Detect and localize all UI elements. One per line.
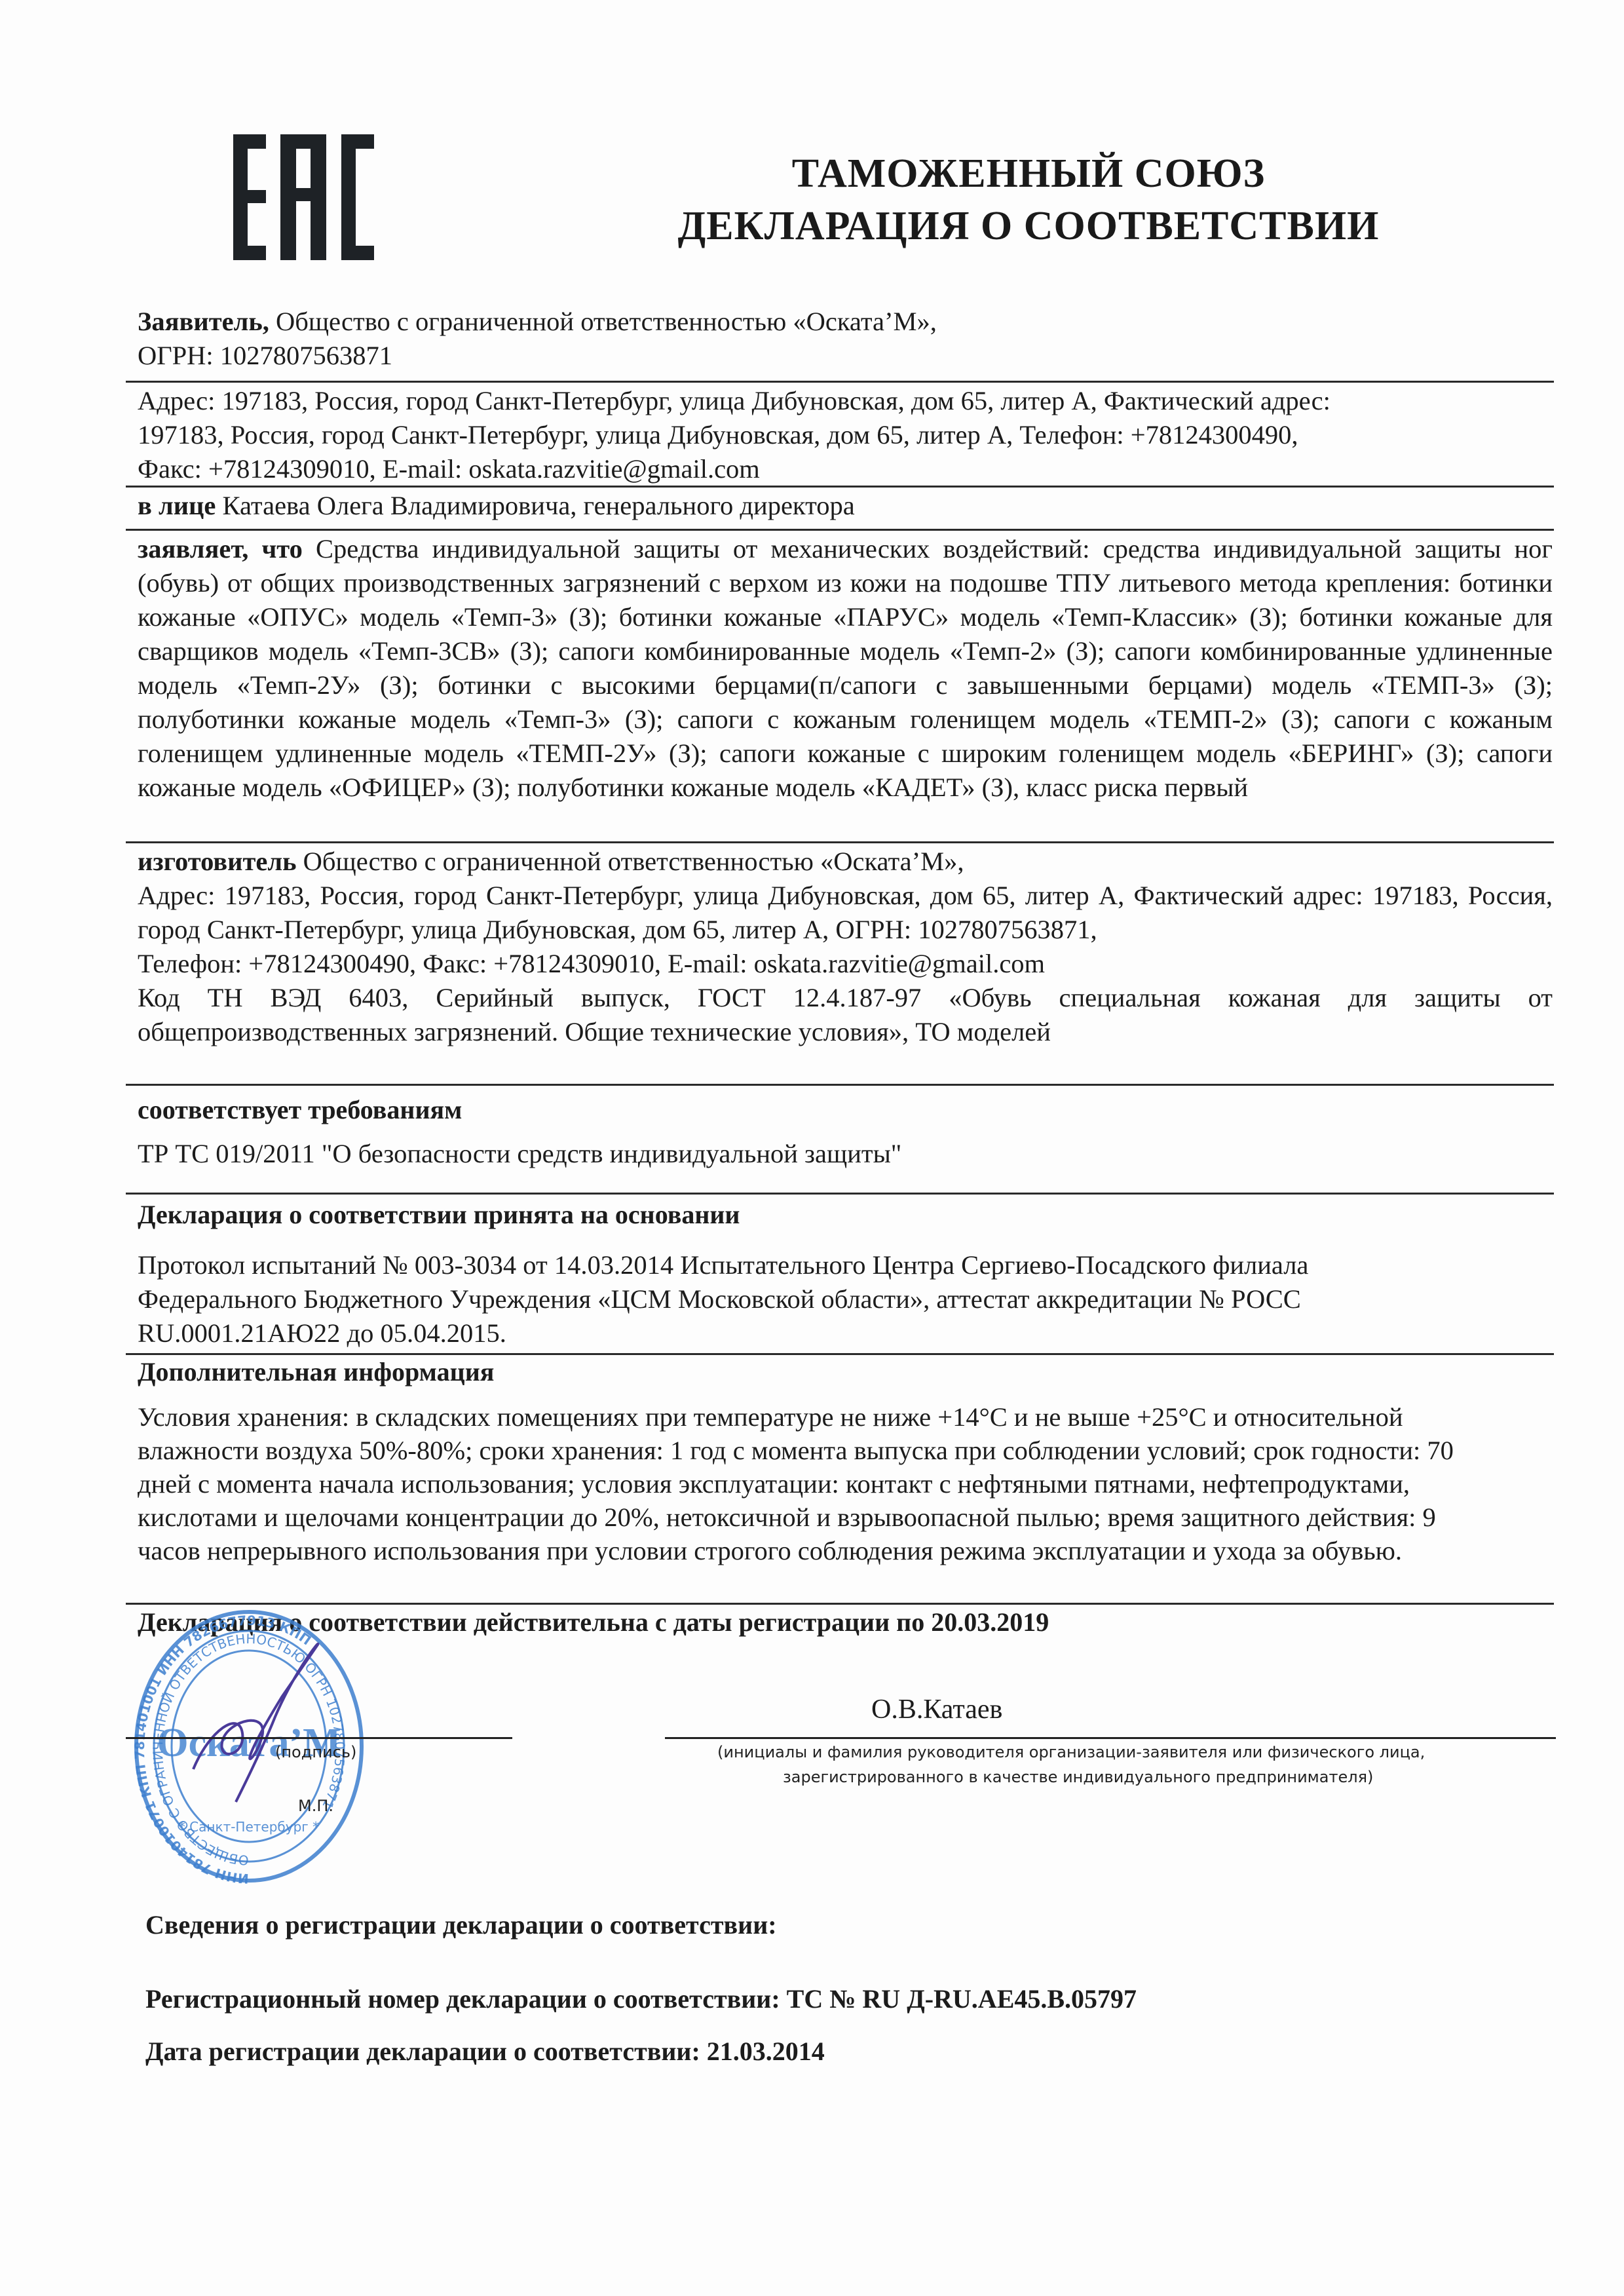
- declaration-text: Средства индивидуальной защиты от механи…: [138, 534, 1553, 802]
- divider: [126, 486, 1554, 488]
- additional-heading: Дополнительная информация: [138, 1355, 494, 1389]
- registration-number: Регистрационный номер декларации о соотв…: [145, 1982, 1137, 2016]
- basis-heading: Декларация о соответствии принята на осн…: [138, 1198, 740, 1232]
- manufacturer-name: Общество с ограниченной ответственностью…: [297, 847, 964, 876]
- applicant-section: Заявитель, Общество с ограниченной ответ…: [138, 305, 1553, 373]
- applicant-label: Заявитель,: [138, 307, 269, 336]
- applicant-contacts: Факс: +78124309010, E-mail: oskata.razvi…: [138, 452, 1553, 486]
- represented-by-section: в лице Катаева Олега Владимировича, гене…: [138, 489, 1553, 523]
- divider: [126, 529, 1554, 531]
- applicant-address-line-1: Адрес: 197183, Россия, город Санкт-Петер…: [138, 384, 1553, 418]
- divider: [126, 841, 1554, 843]
- signer-caption-line-1: (инициалы и фамилия руководителя организ…: [717, 1743, 1425, 1761]
- declaration-label: заявляет, что: [138, 534, 303, 564]
- registration-heading: Сведения о регистрации декларации о соот…: [145, 1908, 777, 1942]
- manufacturer-contacts: Телефон: +78124300490, Факс: +7812430901…: [138, 947, 1553, 981]
- svg-text:* Санкт-Петербург *: * Санкт-Петербург *: [179, 1819, 319, 1835]
- represented-label: в лице: [138, 491, 216, 520]
- divider: [126, 1193, 1554, 1195]
- declaration-section: заявляет, что Средства индивидуальной за…: [138, 532, 1553, 805]
- manufacturer-section: изготовитель Общество с ограниченной отв…: [138, 845, 1553, 1049]
- eac-logo-icon: [233, 134, 374, 260]
- applicant-address-section: Адрес: 197183, Россия, город Санкт-Петер…: [138, 384, 1553, 486]
- conformity-regulation: ТР ТС 019/2011 "О безопасности средств и…: [138, 1137, 1553, 1171]
- declaration-document: ТАМОЖЕННЫЙ СОЮЗ ДЕКЛАРАЦИЯ О СООТВЕТСТВИ…: [0, 0, 1624, 2296]
- applicant-address-line-2: 197183, Россия, город Санкт-Петербург, у…: [138, 418, 1553, 452]
- title-line-1: ТАМОЖЕННЫЙ СОЮЗ: [563, 147, 1494, 200]
- conformity-heading: соответствует требованиям: [138, 1093, 462, 1127]
- signature-line: [126, 1737, 512, 1739]
- basis-text: Протокол испытаний № 003-3034 от 14.03.2…: [138, 1248, 1474, 1350]
- represented-by: Катаева Олега Владимировича, генеральног…: [216, 491, 854, 520]
- registration-date: Дата регистрации декларации о соответств…: [145, 2035, 825, 2069]
- applicant-ogrn: ОГРН: 1027807563871: [138, 339, 1553, 373]
- applicant-name: Общество с ограниченной ответственностью…: [269, 307, 937, 336]
- additional-text: Условия хранения: в складских помещениях…: [138, 1400, 1500, 1567]
- signer-caption-line-2: зарегистрированного в качестве индивидуа…: [783, 1768, 1373, 1786]
- divider: [126, 1084, 1554, 1086]
- document-title: ТАМОЖЕННЫЙ СОЮЗ ДЕКЛАРАЦИЯ О СООТВЕТСТВИ…: [563, 147, 1494, 252]
- manufacturer-label: изготовитель: [138, 847, 297, 876]
- signer-name-line: [665, 1737, 1556, 1739]
- title-line-2: ДЕКЛАРАЦИЯ О СООТВЕТСТВИИ: [563, 200, 1494, 252]
- seal-caption: М.П.: [298, 1797, 333, 1815]
- product-code: Код ТН ВЭД 6403, Серийный выпуск, ГОСТ 1…: [138, 981, 1553, 1049]
- divider: [126, 381, 1554, 383]
- manufacturer-address: Адрес: 197183, Россия, город Санкт-Петер…: [138, 879, 1553, 947]
- signer-name: О.В.Катаев: [871, 1694, 1002, 1725]
- signature-caption: (подпись): [275, 1743, 356, 1761]
